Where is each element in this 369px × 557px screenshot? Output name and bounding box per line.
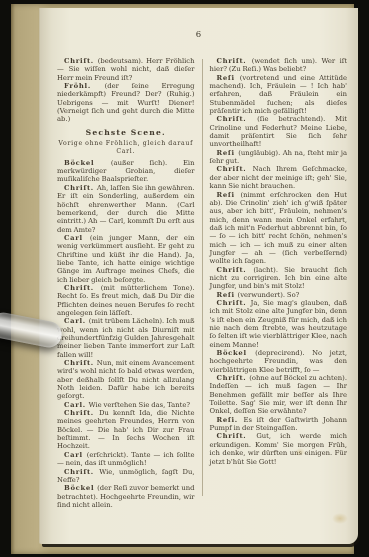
dialog-paragraph: Reſi (ungläubig). Ah na, ſteht mir ja ſe…	[210, 149, 348, 166]
dialog-paragraph: Chriſt. Du kennſt Ida, die Nichte meines…	[57, 409, 195, 451]
dialog-paragraph: Reſi (vortretend und eine Attitüde mache…	[210, 74, 348, 116]
speaker-name: Chriſt.	[64, 184, 97, 192]
scene-heading: Sechste Scene.	[57, 129, 195, 137]
speaker-name: Chriſt.	[217, 299, 251, 307]
speaker-name: Carl	[64, 451, 87, 459]
dialog-paragraph: Carl (erſchrickt). Tante — ich ſollte — …	[57, 451, 195, 468]
speaker-name: Chriſt.	[64, 468, 99, 476]
speaker-name: Fröhl.	[64, 82, 105, 90]
page-number: 6	[40, 30, 358, 40]
dialog-paragraph: Reſi. Es iſt der Gaſtwirth Johann Pumpf …	[210, 416, 348, 433]
dialog-paragraph: Chriſt. Gut, ich werde mich erkundigen. …	[210, 432, 348, 465]
speaker-name: Chriſt.	[217, 57, 252, 65]
speaker-name: Reſi	[217, 74, 240, 82]
dialog-paragraph: Chriſt. Nun, mit einem Avancement wird's…	[57, 359, 195, 401]
speaker-name: Reſi.	[217, 416, 244, 424]
right-text-column: Chriſt. (wendet ſich um). Wer iſt hier? …	[210, 57, 348, 524]
speaker-name: Carl.	[64, 401, 89, 409]
book-page: 6 Chriſt. (bedeutsam). Herr Fröhlich — S…	[40, 8, 358, 544]
speaker-name: Chriſt.	[64, 359, 97, 367]
dialog-paragraph: Chriſt. (bedeutsam). Herr Fröhlich — Sie…	[57, 57, 195, 82]
dialog-paragraph: Fröhl. (der ſeine Erregung niederkämpft)…	[57, 82, 195, 124]
dialog-paragraph: Chriſt. (wendet ſich um). Wer iſt hier? …	[210, 57, 348, 74]
dialog-paragraph: Böckel (außer ſich). Ein merkwürdiger Gr…	[57, 159, 195, 184]
speaker-name: Böckel	[64, 484, 97, 492]
scanner-background: 6 Chriſt. (bedeutsam). Herr Fröhlich — S…	[0, 0, 369, 557]
speaker-name: Chriſt.	[217, 432, 257, 440]
speaker-name: Carl	[64, 234, 90, 242]
dialog-paragraph: Chriſt. (lacht). Sie braucht ſich nicht …	[210, 266, 348, 291]
text-columns: Chriſt. (bedeutsam). Herr Fröhlich — Sie…	[57, 57, 347, 524]
dialog-paragraph: Reſi (verwundert). So?	[210, 291, 348, 299]
dialog-paragraph: Chriſt. Ah, laſſen Sie ihn gewähren. Er …	[57, 184, 195, 234]
speaker-name: Böckel	[217, 349, 256, 357]
dialog-paragraph: Chriſt. (ſie betrachtend). Mit Crinoline…	[210, 115, 348, 148]
speaker-name: Reſi	[217, 149, 239, 157]
speaker-name: Chriſt.	[64, 409, 99, 417]
column-divider	[202, 59, 203, 496]
speaker-name: Chriſt.	[217, 115, 258, 123]
dialog-paragraph: Böckel (der Reſi zuvor bemerkt und betra…	[57, 484, 195, 509]
dialog-paragraph: Chriſt. Ja, Sie mag's glauben, daß ich m…	[210, 299, 348, 349]
speaker-name: Böckel	[64, 159, 111, 167]
dialog-paragraph: Chriſt. Nach Ihrem Geſchmacke, der aber …	[210, 165, 348, 190]
dialog-paragraph: Chriſt. (ohne auf Böckel zu achten). Ind…	[210, 374, 348, 416]
dialog-paragraph: Böckel (deprecirend). No jetzt, hochgeeh…	[210, 349, 348, 374]
speaker-name: Reſi	[217, 191, 241, 199]
dialog-paragraph: Carl. (mit trübem Lächeln). Ich muß wohl…	[57, 317, 195, 359]
dialog-paragraph: Reſi (nimmt erſchrocken den Hut ab). Die…	[210, 191, 348, 266]
dialog-paragraph: Chriſt. (mit mütterlichem Tone). Recht ſ…	[57, 284, 195, 317]
dialog-paragraph: Carl. Wie verſtehen Sie das, Tante?	[57, 401, 195, 409]
speaker-name: Chriſt.	[217, 165, 253, 173]
speaker-name: Carl.	[64, 317, 89, 325]
speaker-name: Chriſt.	[217, 374, 250, 382]
left-text-column: Chriſt. (bedeutsam). Herr Fröhlich — Sie…	[57, 57, 195, 524]
dialog-paragraph: Carl (ein junger Mann, der ein wenig ver…	[57, 234, 195, 284]
speaker-name: Chriſt.	[64, 284, 101, 292]
speaker-name: Chriſt.	[217, 266, 254, 274]
speaker-name: Chriſt.	[64, 57, 98, 65]
speaker-name: Reſi	[217, 291, 238, 299]
stage-note: Vorige ohne Fröhlich, gleich darauf Carl…	[57, 140, 195, 157]
dialog-paragraph: Chriſt. Wie, unmöglich, ſagſt Du, Neffe?	[57, 468, 195, 485]
